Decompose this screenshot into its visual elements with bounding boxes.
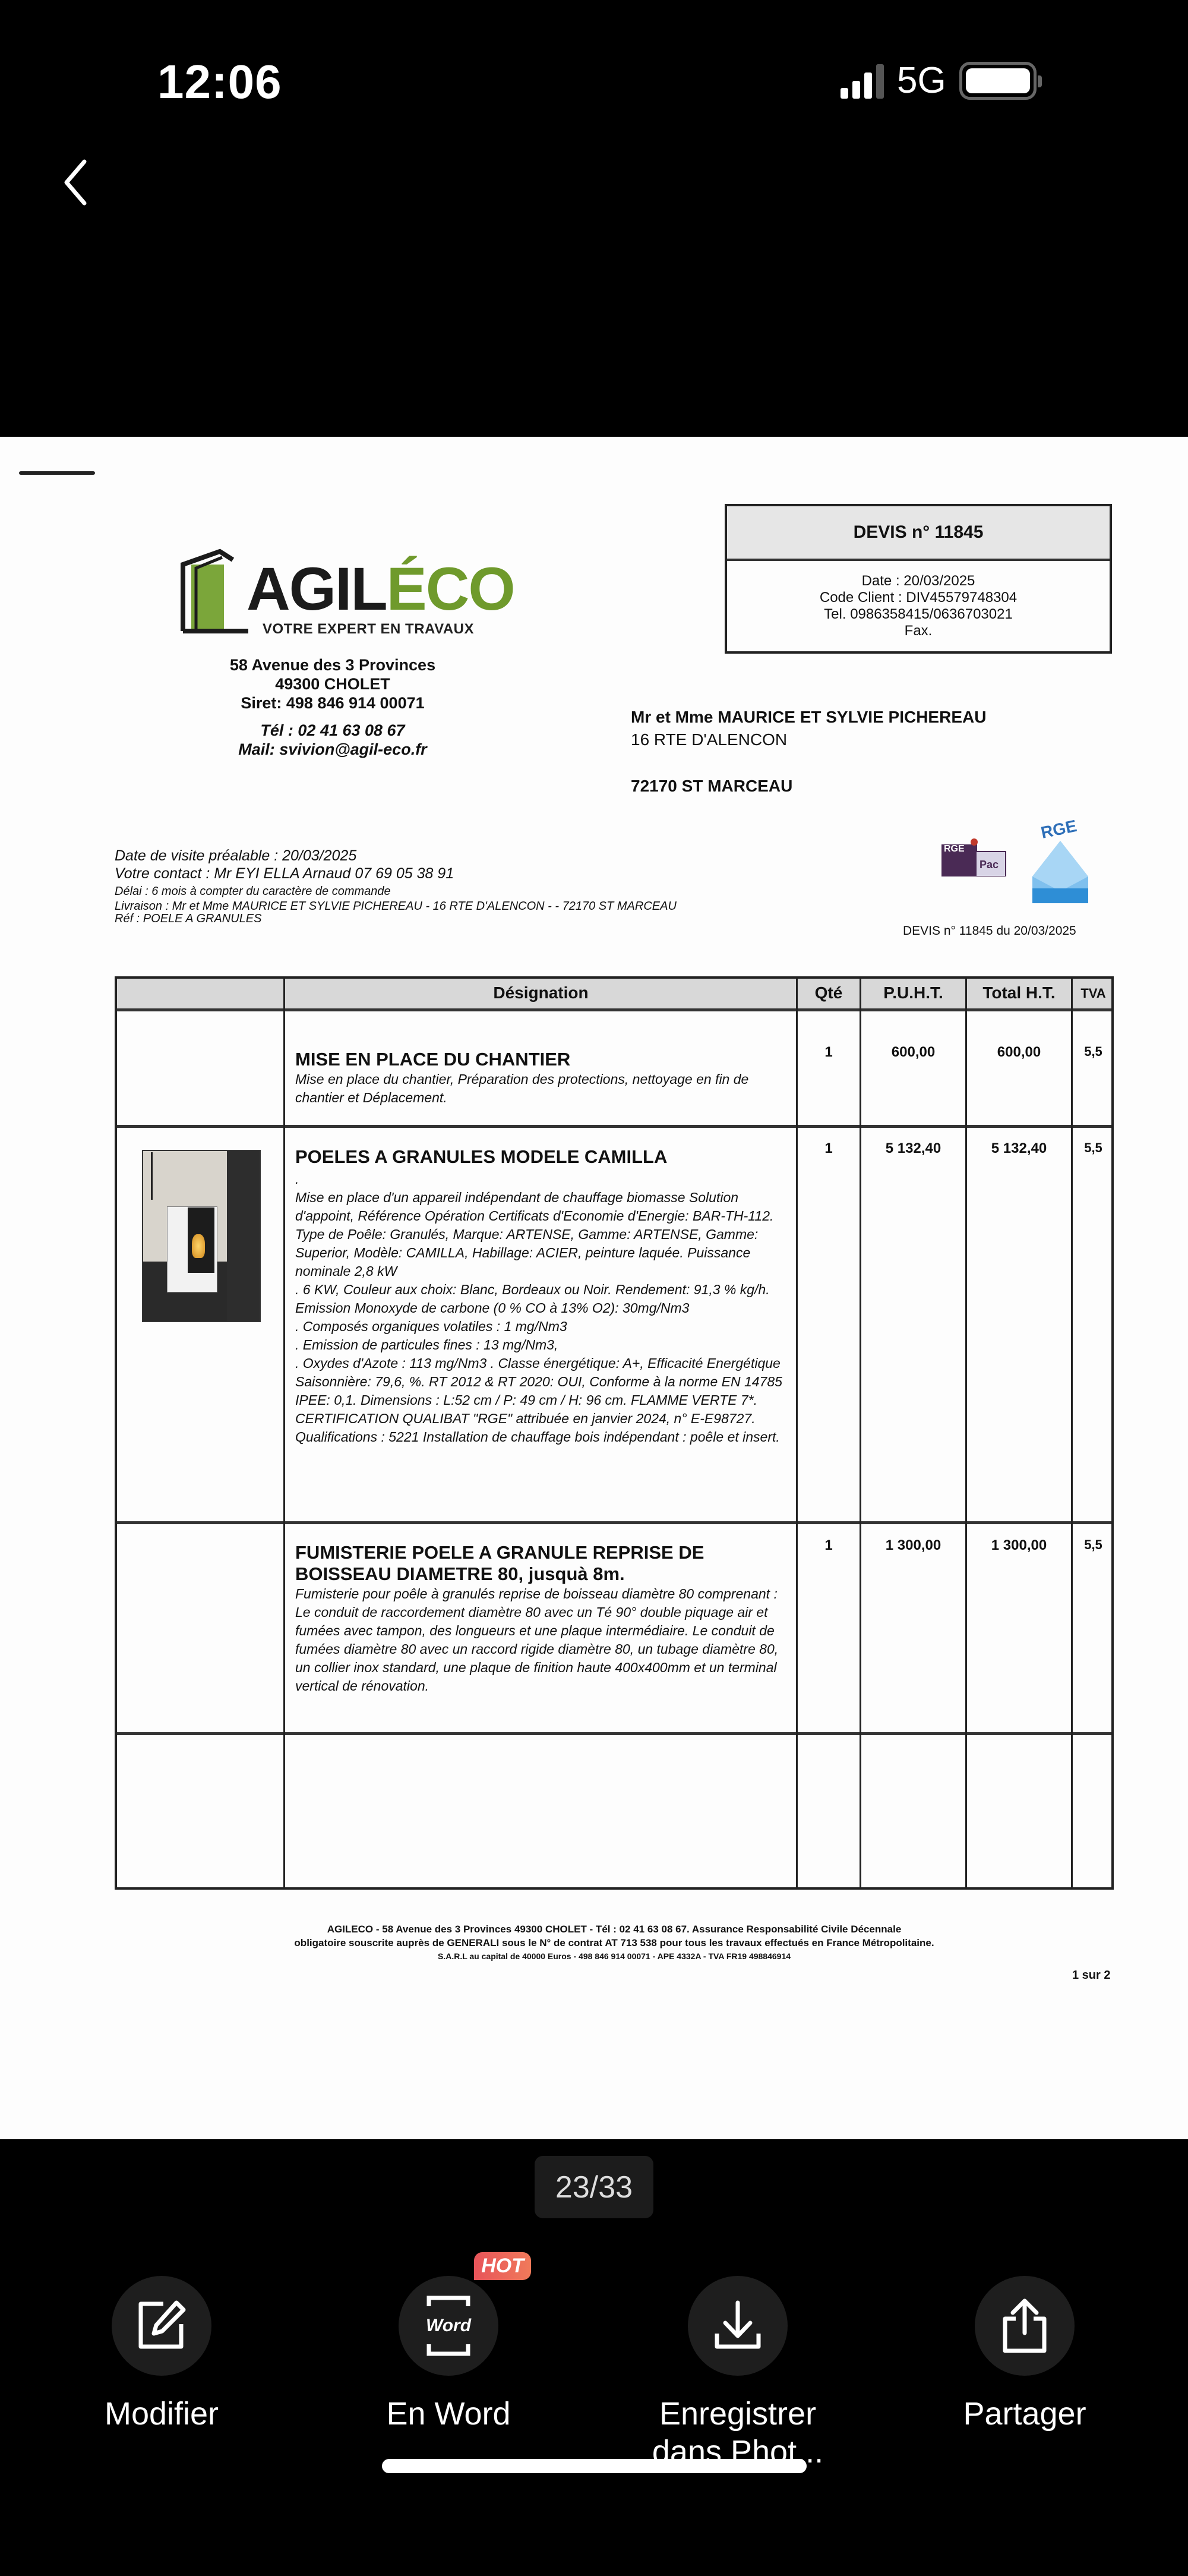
company-siret: Siret: 498 846 914 00071	[178, 693, 487, 712]
word-icon: Word	[422, 2293, 475, 2359]
col-total: Total H.T.	[967, 983, 1071, 1002]
row-description: . Mise en place d'un appareil indépendan…	[295, 1170, 794, 1446]
scan-mark	[19, 471, 95, 475]
delay: Délai : 6 mois à compter du caractère de…	[115, 882, 677, 900]
company-tel: Tél : 02 41 63 08 67	[178, 721, 487, 740]
svg-text:RGE: RGE	[1039, 817, 1079, 842]
logo-tagline: VOTRE EXPERT EN TRAVAUX	[263, 621, 474, 638]
modify-label: Modifier	[55, 2395, 268, 2433]
delivery: Livraison : Mr et Mme MAURICE ET SYLVIE …	[115, 900, 677, 913]
quote-table: Désignation Qté P.U.H.T. Total H.T. TVA …	[115, 976, 1114, 1890]
row-qty: 1	[798, 1537, 860, 1554]
share-icon	[998, 2296, 1051, 2356]
row-description: Mise en place du chantier, Préparation d…	[295, 1070, 794, 1107]
row-unit-price: 600,00	[861, 1044, 965, 1061]
client-city: 72170 ST MARCEAU	[631, 775, 986, 797]
devis-date: Date : 20/03/2025	[727, 573, 1110, 589]
footer-line2: obligatoire souscrite auprès de GENERALI…	[115, 1936, 1114, 1950]
company-info: 58 Avenue des 3 Provinces 49300 CHOLET S…	[178, 655, 487, 759]
hot-badge: HOT	[474, 2252, 531, 2280]
footer-line3: S.A.R.L au capital de 40000 Euros - 498 …	[115, 1950, 1114, 1963]
table-row: POELES A GRANULES MODELE CAMILLA . Mise …	[295, 1146, 794, 1446]
rge-qualibat-badge-icon: RGE	[1029, 817, 1092, 906]
save-to-photos-button[interactable]: Enregistrer dans Phot...	[631, 2276, 845, 2471]
reference: Réf : POELE A GRANULES	[115, 913, 677, 925]
row-total: 5 132,40	[967, 1140, 1071, 1157]
page-counter: 23/33	[535, 2156, 653, 2218]
document-footer: AGILECO - 58 Avenue des 3 Provinces 4930…	[115, 1922, 1114, 1963]
back-button[interactable]	[59, 156, 95, 209]
status-indicators: 5G	[841, 59, 1037, 102]
col-qty: Qté	[798, 983, 860, 1002]
quote-info: Date de visite préalable : 20/03/2025 Vo…	[115, 847, 677, 925]
network-type: 5G	[897, 59, 946, 102]
logo-name-dark: AGIL	[247, 555, 387, 623]
contact: Votre contact : Mr EYI ELLA Arnaud 07 69…	[115, 865, 677, 882]
devis-fax: Fax.	[727, 623, 1110, 639]
signal-icon	[841, 63, 884, 99]
table-row: FUMISTERIE POELE A GRANULE REPRISE DE BO…	[295, 1542, 794, 1695]
document-page: DEVIS n° 11845 Date : 20/03/2025 Code Cl…	[0, 437, 1188, 2139]
status-time: 12:06	[157, 55, 282, 109]
devis-title: DEVIS n° 11845	[727, 506, 1110, 561]
client-street: 16 RTE D'ALENCON	[631, 729, 986, 751]
company-logo: AGILÉCO VOTRE EXPERT EN TRAVAUX	[178, 547, 487, 642]
chevron-left-icon	[59, 156, 95, 209]
to-word-label: En Word	[342, 2395, 555, 2433]
modify-button[interactable]: Modifier	[55, 2276, 268, 2433]
share-label: Partager	[918, 2395, 1132, 2433]
row-tva: 5,5	[1073, 1044, 1114, 1060]
row-title: FUMISTERIE POELE A GRANULE REPRISE DE BO…	[295, 1542, 794, 1585]
row-title: POELES A GRANULES MODELE CAMILLA	[295, 1146, 794, 1168]
battery-icon	[959, 62, 1037, 100]
svg-text:RGE: RGE	[944, 844, 965, 854]
page-number: 1 sur 2	[1072, 1969, 1110, 1982]
table-row: MISE EN PLACE DU CHANTIER Mise en place …	[295, 1049, 794, 1107]
devis-reference: DEVIS n° 11845 du 20/03/2025	[903, 924, 1076, 938]
col-designation: Désignation	[286, 983, 796, 1002]
devis-box: DEVIS n° 11845 Date : 20/03/2025 Code Cl…	[725, 504, 1112, 654]
row-description: Fumisterie pour poêle à granulés reprise…	[295, 1585, 794, 1695]
download-icon	[711, 2299, 764, 2353]
house-logo-icon	[178, 547, 249, 636]
row-total: 1 300,00	[967, 1537, 1071, 1554]
rge-qualipac-badge-icon: RGE Pac	[941, 834, 1007, 876]
row-qty: 1	[798, 1140, 860, 1157]
row-qty: 1	[798, 1044, 860, 1061]
row-tva: 5,5	[1073, 1537, 1114, 1553]
company-address2: 49300 CHOLET	[178, 674, 487, 693]
home-indicator[interactable]	[382, 2459, 807, 2473]
row-unit-price: 5 132,40	[861, 1140, 965, 1157]
company-mail: Mail: svivion@agil-eco.fr	[178, 740, 487, 759]
devis-tel: Tel. 0986358415/0636703021	[727, 606, 1110, 623]
svg-text:Pac: Pac	[980, 859, 999, 871]
client-name: Mr et Mme MAURICE ET SYLVIE PICHEREAU	[631, 706, 986, 729]
svg-text:Word: Word	[426, 2316, 472, 2335]
row-total: 600,00	[967, 1044, 1071, 1061]
stove-product-image	[142, 1150, 261, 1322]
footer-line1: AGILECO - 58 Avenue des 3 Provinces 4930…	[115, 1922, 1114, 1936]
company-address1: 58 Avenue des 3 Provinces	[178, 655, 487, 674]
devis-code-client: Code Client : DIV45579748304	[727, 589, 1110, 606]
row-tva: 5,5	[1073, 1140, 1114, 1156]
col-tva: TVA	[1073, 986, 1114, 1001]
row-unit-price: 1 300,00	[861, 1537, 965, 1554]
edit-icon	[135, 2299, 188, 2353]
client-address: Mr et Mme MAURICE ET SYLVIE PICHEREAU 16…	[631, 706, 986, 797]
logo-name-green: ÉCO	[387, 555, 514, 623]
visit-date: Date de visite préalable : 20/03/2025	[115, 847, 677, 865]
to-word-button[interactable]: Word HOT En Word	[342, 2276, 555, 2433]
row-title: MISE EN PLACE DU CHANTIER	[295, 1049, 794, 1070]
col-unit-price: P.U.H.T.	[861, 983, 965, 1002]
share-button[interactable]: Partager	[918, 2276, 1132, 2433]
